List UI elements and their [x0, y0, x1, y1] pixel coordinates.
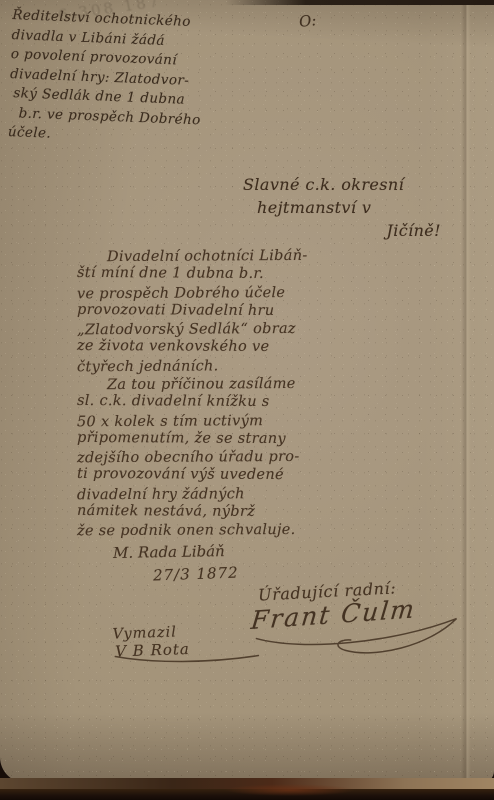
- file-mark: O:: [298, 11, 317, 31]
- address-line: Jičíně!: [243, 219, 455, 242]
- table-highlight: [225, 784, 355, 796]
- closing-date: 27/3 1872: [153, 564, 239, 585]
- text-line: ští míní dne 1 dubna b.r.: [77, 264, 489, 284]
- text-line: sl. c.k. divadelní knížku s: [77, 392, 489, 412]
- address-line: Slavné c.k. okresní: [243, 173, 455, 196]
- scanned-document: 6.308 187 Ředitelství ochotnickéhodivadl…: [0, 0, 494, 800]
- text-line: ze života venkovského ve: [77, 337, 489, 357]
- address-block: Slavné c.k. okresní hejtmanství v Jičíně…: [243, 173, 455, 242]
- text-line: 50 x kolek s tím uctivým: [77, 410, 489, 431]
- text-line: divadelní hry žádných: [77, 484, 489, 505]
- closing-authority: M. Rada Libáň: [113, 542, 225, 562]
- paper-page: 6.308 187 Ředitelství ochotnickéhodivadl…: [0, 0, 494, 783]
- text-line: ti provozování výš uvedené: [77, 465, 489, 485]
- scan-top-edge: [225, 0, 494, 5]
- body-paragraph-2: Za tou příčinou zasílámesl. c.k. divadel…: [77, 375, 489, 540]
- text-line: ve prospěch Dobrého účele: [77, 282, 489, 303]
- paper-fold-crease: [461, 0, 471, 783]
- signature-left: Vymazil V B Rota: [112, 621, 263, 670]
- address-line: hejtmanství v: [243, 196, 455, 219]
- body-paragraph-1: Divadelní ochotníci Libáň-ští míní dne 1…: [77, 247, 489, 375]
- text-line: že se podnik onen schvaluje.: [77, 520, 489, 541]
- margin-note: Ředitelství ochotnickéhodivadla v Libáni…: [7, 6, 272, 152]
